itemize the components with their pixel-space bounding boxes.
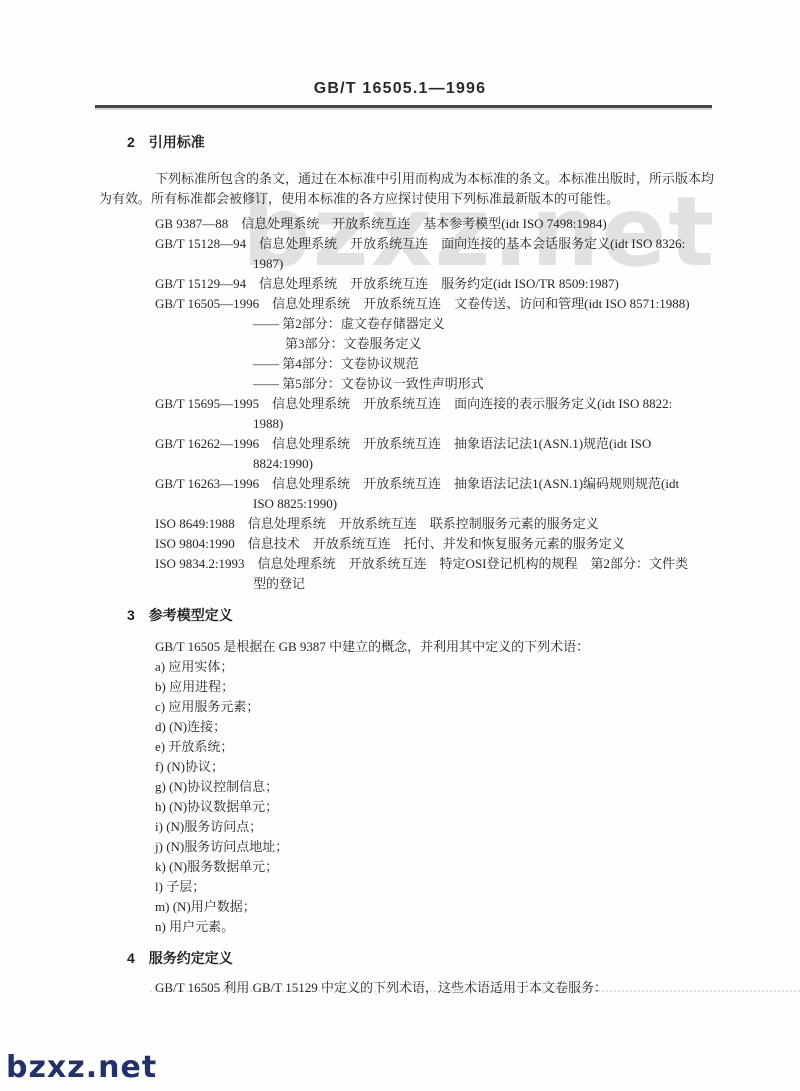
reference-item: ISO 9834.2:1993 信息处理系统 开放系统互连 特定OSI登记机构的… xyxy=(99,554,715,594)
terms-list: a) 应用实体； b) 应用进程； c) 应用服务元素； d) (N)连接； e… xyxy=(99,657,715,937)
reference-item: GB/T 16505—1996 信息处理系统 开放系统互连 文卷传送、访问和管理… xyxy=(99,294,715,314)
term-item: g) (N)协议控制信息； xyxy=(99,777,715,797)
term-item: n) 用户元素。 xyxy=(99,917,715,937)
section-heading-2: 2 引用标准 xyxy=(127,132,715,152)
reference-subpart: —— 第5部分：文卷协议一致性声明形式 xyxy=(99,374,715,394)
term-item: i) (N)服务访问点； xyxy=(99,817,715,837)
watermark-corner-logo: bzxz.net xyxy=(6,1050,157,1085)
section-heading-3: 3 参考模型定义 xyxy=(127,605,715,625)
term-item: h) (N)协议数据单元； xyxy=(99,797,715,817)
reference-subpart: 第3部分：文卷服务定义 xyxy=(99,334,715,354)
term-item: f) (N)协议； xyxy=(99,757,715,777)
section2-intro-paragraph: 下列标准所包含的条文，通过在本标准中引用而构成为本标准的条文。本标准出版时，所示… xyxy=(99,169,715,209)
section4-intro: GB/T 16505 利用 GB/T 15129 中定义的下列术语，这些术语适用… xyxy=(99,978,715,998)
reference-item: GB 9387—88 信息处理系统 开放系统互连 基本参考模型(idt ISO … xyxy=(99,214,715,234)
reference-item: ISO 8649:1988 信息处理系统 开放系统互连 联系控制服务元素的服务定… xyxy=(99,514,715,534)
reference-subpart: —— 第2部分：虚文卷存储器定义 xyxy=(99,314,715,334)
document-content: GB/T 16505.1—1996 2 引用标准 下列标准所包含的条文，通过在本… xyxy=(0,80,800,998)
document-page: bzxz.net GB/T 16505.1—1996 2 引用标准 下列标准所包… xyxy=(0,0,800,1091)
section-heading-4: 4 服务约定定义 xyxy=(127,948,715,968)
reference-item: GB/T 16263—1996 信息处理系统 开放系统互连 抽象语法记法1(AS… xyxy=(99,474,715,514)
term-item: l) 子层； xyxy=(99,877,715,897)
standard-number-header: GB/T 16505.1—1996 xyxy=(92,80,708,98)
term-item: e) 开放系统； xyxy=(99,737,715,757)
reference-list: GB 9387—88 信息处理系统 开放系统互连 基本参考模型(idt ISO … xyxy=(99,214,715,594)
reference-item: GB/T 15129—94 信息处理系统 开放系统互连 服务约定(idt ISO… xyxy=(99,274,715,294)
term-item: m) (N)用户数据； xyxy=(99,897,715,917)
reference-item: ISO 9804:1990 信息技术 开放系统互连 托付、并发和恢复服务元素的服… xyxy=(99,534,715,554)
reference-item: GB/T 15695—1995 信息处理系统 开放系统互连 面向连接的表示服务定… xyxy=(99,394,715,434)
reference-item: GB/T 15128—94 信息处理系统 开放系统互连 面向连接的基本会话服务定… xyxy=(99,234,715,274)
term-item: c) 应用服务元素； xyxy=(99,697,715,717)
term-item: a) 应用实体； xyxy=(99,657,715,677)
header-rule xyxy=(95,105,712,110)
reference-subpart: —— 第4部分：文卷协议规范 xyxy=(99,354,715,374)
term-item: b) 应用进程； xyxy=(99,677,715,697)
section3-intro: GB/T 16505 是根据在 GB 9387 中建立的概念，并利用其中定义的下… xyxy=(99,637,715,657)
term-item: d) (N)连接； xyxy=(99,717,715,737)
term-item: j) (N)服务访问点地址； xyxy=(99,837,715,857)
term-item: k) (N)服务数据单元； xyxy=(99,857,715,877)
reference-item: GB/T 16262—1996 信息处理系统 开放系统互连 抽象语法记法1(AS… xyxy=(99,434,715,474)
